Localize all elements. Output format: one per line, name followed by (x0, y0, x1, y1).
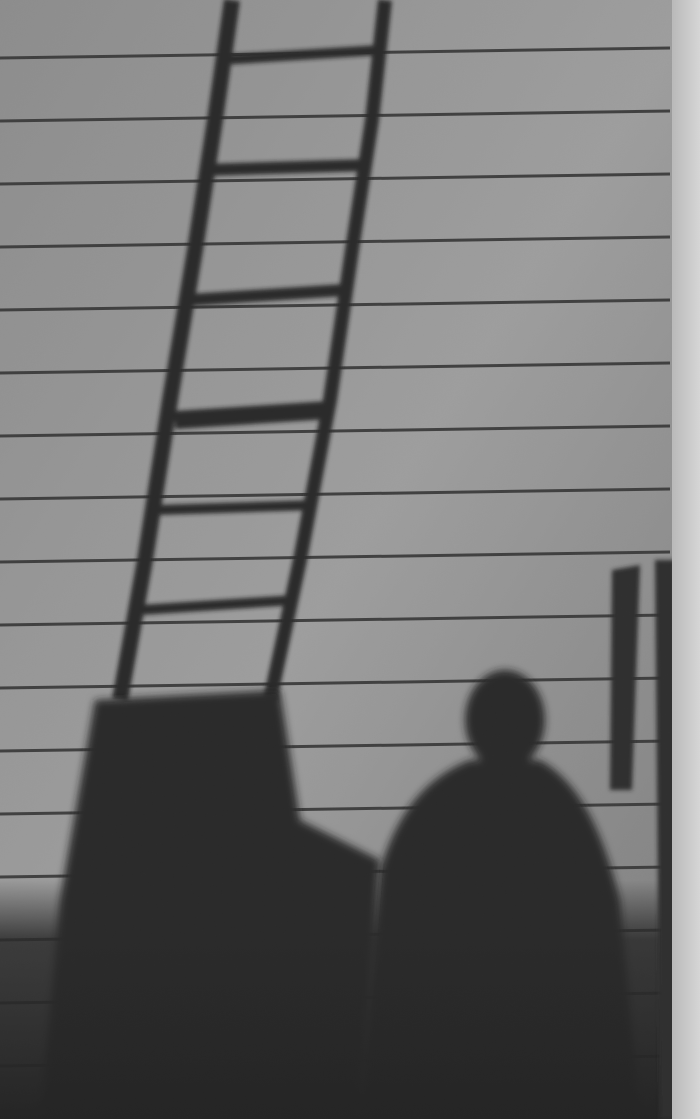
photograph: Black-and-white photograph of a horizont… (0, 0, 700, 1119)
right-edge (672, 0, 700, 1119)
wall-scene (0, 0, 700, 1119)
